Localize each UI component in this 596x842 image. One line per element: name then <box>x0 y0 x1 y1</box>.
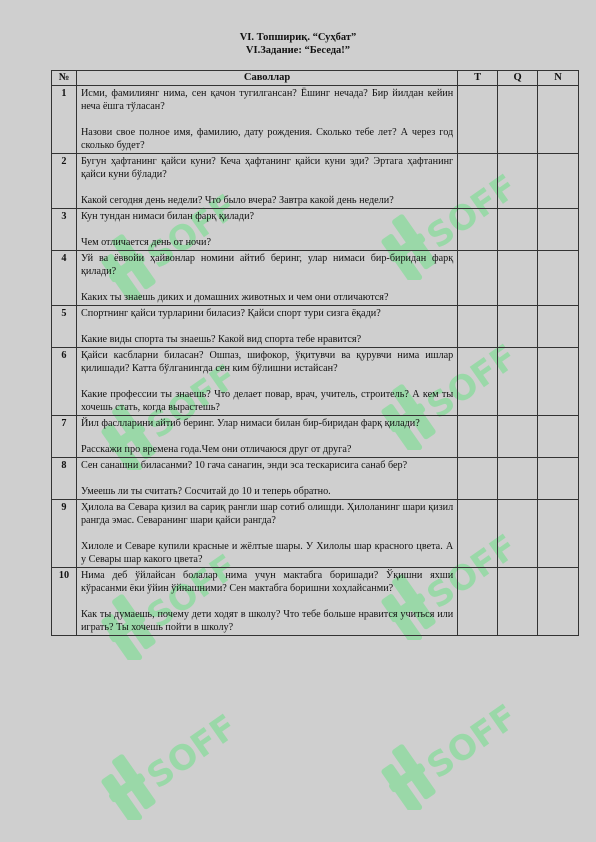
score-cell-n[interactable] <box>538 416 579 458</box>
question-cell: Спортнинг қайси турларини биласиз? Қайси… <box>76 306 457 348</box>
score-cell-q[interactable] <box>498 251 538 306</box>
row-number: 10 <box>52 568 77 636</box>
page-title-uz: VI. Топшириқ. “Суҳбат” <box>0 31 596 44</box>
score-cell-t[interactable] <box>458 416 498 458</box>
question-cell: Ҳилола ва Севара қизил ва сариқ рангли ш… <box>76 500 457 568</box>
question-uz: Ҳилола ва Севара қизил ва сариқ рангли ш… <box>81 501 453 527</box>
question-uz: Исми, фамилиянг нима, сен қачон тугилган… <box>81 87 453 113</box>
row-number: 6 <box>52 348 77 416</box>
question-ru: Как ты думаешь, почему дети ходят в школ… <box>81 608 453 634</box>
question-ru: Какие профессии ты знаешь? Что делает по… <box>81 388 453 414</box>
question-ru: Чем отличается день от ночи? <box>81 236 453 249</box>
score-cell-q[interactable] <box>498 416 538 458</box>
score-cell-q[interactable] <box>498 306 538 348</box>
score-cell-n[interactable] <box>538 500 579 568</box>
score-cell-t[interactable] <box>458 251 498 306</box>
row-number: 7 <box>52 416 77 458</box>
column-header-n: N <box>538 71 579 86</box>
table-row: 4Уй ва ёввойи ҳайвонлар номини айтиб бер… <box>52 251 579 306</box>
score-cell-t[interactable] <box>458 86 498 154</box>
row-number: 9 <box>52 500 77 568</box>
question-uz: Бугун ҳафтанинг қайси куни? Кеча ҳафтани… <box>81 155 453 181</box>
score-cell-n[interactable] <box>538 251 579 306</box>
questions-table: № Саволлар T Q N 1Исми, фамилиянг нима, … <box>51 70 579 636</box>
score-cell-n[interactable] <box>538 348 579 416</box>
score-cell-t[interactable] <box>458 348 498 416</box>
score-cell-q[interactable] <box>498 458 538 500</box>
question-ru: Умеешь ли ты считать? Сосчитай до 10 и т… <box>81 485 453 498</box>
question-cell: Йил фаслларини айтиб беринг. Улар нимаси… <box>76 416 457 458</box>
question-uz: Спортнинг қайси турларини биласиз? Қайси… <box>81 307 453 320</box>
question-ru: Какой сегодня день недели? Что было вчер… <box>81 194 453 207</box>
score-cell-q[interactable] <box>498 348 538 416</box>
question-cell: Қайси касбларни биласан? Ошпаз, шифокор,… <box>76 348 457 416</box>
question-ru: Каких ты знаешь диких и домашних животны… <box>81 291 453 304</box>
score-cell-t[interactable] <box>458 209 498 251</box>
score-cell-n[interactable] <box>538 86 579 154</box>
score-cell-q[interactable] <box>498 500 538 568</box>
question-ru: Хилоле и Севаре купили красные и жёлтые … <box>81 540 453 566</box>
score-cell-t[interactable] <box>458 154 498 209</box>
question-uz: Сен санашни биласанми? 10 гача санагин, … <box>81 459 453 472</box>
score-cell-t[interactable] <box>458 500 498 568</box>
question-cell: Бугун ҳафтанинг қайси куни? Кеча ҳафтани… <box>76 154 457 209</box>
row-number: 1 <box>52 86 77 154</box>
table-row: 5Спортнинг қайси турларини биласиз? Қайс… <box>52 306 579 348</box>
table-row: 7Йил фаслларини айтиб беринг. Улар нимас… <box>52 416 579 458</box>
score-cell-q[interactable] <box>498 86 538 154</box>
score-cell-n[interactable] <box>538 306 579 348</box>
score-cell-q[interactable] <box>498 568 538 636</box>
table-row: 8Сен санашни биласанми? 10 гача санагин,… <box>52 458 579 500</box>
question-uz: Кун тундан нимаси билан фарқ қилади? <box>81 210 453 223</box>
score-cell-t[interactable] <box>458 458 498 500</box>
row-number: 8 <box>52 458 77 500</box>
question-cell: Сен санашни биласанми? 10 гача санагин, … <box>76 458 457 500</box>
score-cell-q[interactable] <box>498 209 538 251</box>
table-row: 10Нима деб ўйлайсан болалар нима учун ма… <box>52 568 579 636</box>
table-row: 2Бугун ҳафтанинг қайси куни? Кеча ҳафтан… <box>52 154 579 209</box>
score-cell-n[interactable] <box>538 154 579 209</box>
score-cell-n[interactable] <box>538 568 579 636</box>
svg-text:SOFF: SOFF <box>420 697 520 787</box>
table-row: 1Исми, фамилиянг нима, сен қачон тугилга… <box>52 86 579 154</box>
table-row: 9Ҳилола ва Севара қизил ва сариқ рангли … <box>52 500 579 568</box>
column-header-q: Q <box>498 71 538 86</box>
question-cell: Уй ва ёввойи ҳайвонлар номини айтиб бери… <box>76 251 457 306</box>
score-cell-t[interactable] <box>458 568 498 636</box>
question-uz: Нима деб ўйлайсан болалар нима учун макт… <box>81 569 453 595</box>
question-cell: Кун тундан нимаси билан фарқ қилади?Чем … <box>76 209 457 251</box>
question-uz: Қайси касбларни биласан? Ошпаз, шифокор,… <box>81 349 453 375</box>
score-cell-n[interactable] <box>538 209 579 251</box>
table-row: 3Кун тундан нимаси билан фарқ қилади?Чем… <box>52 209 579 251</box>
column-header-t: T <box>458 71 498 86</box>
table-header-row: № Саволлар T Q N <box>52 71 579 86</box>
question-uz: Уй ва ёввойи ҳайвонлар номини айтиб бери… <box>81 252 453 278</box>
score-cell-n[interactable] <box>538 458 579 500</box>
question-cell: Исми, фамилиянг нима, сен қачон тугилган… <box>76 86 457 154</box>
row-number: 4 <box>52 251 77 306</box>
question-cell: Нима деб ўйлайсан болалар нима учун макт… <box>76 568 457 636</box>
question-ru: Расскажи про времена года.Чем они отлича… <box>81 443 453 456</box>
svg-text:SOFF: SOFF <box>140 707 240 797</box>
page-title-ru: VI.Задание: “Беседа!” <box>0 44 596 57</box>
table-row: 6Қайси касбларни биласан? Ошпаз, шифокор… <box>52 348 579 416</box>
column-header-questions: Саволлар <box>76 71 457 86</box>
question-uz: Йил фаслларини айтиб беринг. Улар нимаси… <box>81 417 453 430</box>
score-cell-t[interactable] <box>458 306 498 348</box>
row-number: 5 <box>52 306 77 348</box>
question-ru: Какие виды спорта ты знаешь? Какой вид с… <box>81 333 453 346</box>
soff-logo-icon: SOFF <box>90 700 240 820</box>
soff-logo-icon: SOFF <box>370 690 520 810</box>
row-number: 2 <box>52 154 77 209</box>
column-header-number: № <box>52 71 77 86</box>
row-number: 3 <box>52 209 77 251</box>
score-cell-q[interactable] <box>498 154 538 209</box>
question-ru: Назови свое полное имя, фамилию, дату ро… <box>81 126 453 152</box>
